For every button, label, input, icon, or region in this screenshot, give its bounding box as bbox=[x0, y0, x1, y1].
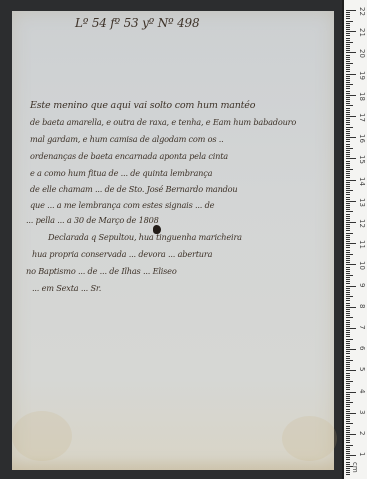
ruler-tick bbox=[346, 300, 350, 301]
ruler-tick bbox=[346, 362, 350, 363]
text-line-5: e a como hum fitua de ... de quinta lemb… bbox=[30, 168, 212, 178]
ruler-tick bbox=[346, 154, 350, 155]
ruler-tick bbox=[346, 451, 350, 452]
ruler-tick bbox=[346, 307, 356, 308]
ruler-tick bbox=[346, 358, 350, 359]
ruler-tick bbox=[346, 459, 350, 460]
ruler-tick bbox=[346, 349, 356, 350]
ruler-label: 18 bbox=[358, 92, 366, 101]
ruler-tick bbox=[346, 324, 350, 325]
ruler-tick bbox=[346, 440, 350, 441]
ruler-tick bbox=[346, 241, 350, 242]
ruler-tick bbox=[346, 364, 350, 365]
measurement-ruler: 22212019181716151413121110987654321 cm bbox=[342, 0, 367, 479]
ruler-label: 8 bbox=[358, 304, 366, 308]
ruler-label: 7 bbox=[358, 325, 366, 329]
text-line-7: que ... a me lembrança com estes signais… bbox=[30, 200, 214, 210]
ruler-tick bbox=[346, 16, 350, 17]
text-line-2: de baeta amarella, e outra de raxa, e te… bbox=[30, 117, 296, 127]
ruler-tick bbox=[346, 63, 353, 64]
ruler-tick bbox=[346, 78, 350, 79]
ruler-tick bbox=[346, 131, 350, 132]
ruler-tick bbox=[346, 296, 353, 297]
ruler-tick bbox=[346, 290, 350, 291]
ruler-tick bbox=[346, 199, 350, 200]
ruler-tick bbox=[346, 271, 350, 272]
ruler-tick bbox=[346, 235, 350, 236]
ruler-tick bbox=[346, 230, 350, 231]
ruler-tick bbox=[346, 277, 350, 278]
ruler-tick bbox=[346, 400, 350, 401]
ruler-tick bbox=[346, 69, 350, 70]
ruler-tick bbox=[346, 398, 350, 399]
ruler-tick bbox=[346, 184, 350, 185]
ruler-tick bbox=[346, 42, 353, 43]
ruler-tick bbox=[346, 35, 350, 36]
ruler-tick bbox=[346, 31, 356, 32]
ruler-tick bbox=[346, 305, 350, 306]
ruler-tick bbox=[346, 421, 350, 422]
ruler-tick bbox=[346, 250, 350, 251]
ruler-tick bbox=[346, 180, 356, 181]
ruler-tick bbox=[346, 207, 350, 208]
ruler-tick bbox=[346, 29, 350, 30]
ruler-tick bbox=[346, 214, 350, 215]
ruler-tick bbox=[346, 38, 350, 39]
ruler-tick bbox=[346, 375, 350, 376]
ruler-tick bbox=[346, 233, 353, 234]
ruler-tick bbox=[346, 457, 350, 458]
ruler-tick bbox=[346, 135, 350, 136]
ruler-tick bbox=[346, 182, 350, 183]
declaration-line-2: hua propria conservada ... devora ... ab… bbox=[32, 249, 212, 259]
ruler-tick bbox=[346, 472, 350, 473]
ruler-tick bbox=[346, 99, 350, 100]
ruler-label: 19 bbox=[358, 71, 366, 80]
ruler-tick bbox=[346, 148, 353, 149]
ruler-tick bbox=[346, 228, 350, 229]
ruler-tick bbox=[346, 368, 350, 369]
ruler-tick bbox=[346, 50, 350, 51]
ruler-tick bbox=[346, 110, 350, 111]
declaration-line-4: ... em Sexta ... Sr. bbox=[32, 283, 101, 293]
ruler-tick bbox=[346, 336, 350, 337]
ruler-tick bbox=[346, 156, 350, 157]
ruler-tick bbox=[346, 118, 350, 119]
ruler-label: 22 bbox=[358, 7, 366, 16]
ruler-tick bbox=[346, 152, 350, 153]
ruler-tick bbox=[346, 264, 356, 265]
ruler-tick bbox=[346, 343, 350, 344]
ruler-tick bbox=[346, 27, 350, 28]
ruler-tick bbox=[346, 292, 350, 293]
ruler-tick bbox=[346, 76, 350, 77]
ruler-tick bbox=[346, 345, 350, 346]
ruler-tick bbox=[346, 432, 350, 433]
ruler-tick bbox=[346, 453, 350, 454]
ruler-tick bbox=[346, 275, 353, 276]
reference-number: Lº 54 fº 53 yº Nº 498 bbox=[75, 16, 199, 30]
ruler-tick bbox=[346, 415, 350, 416]
ruler-tick bbox=[346, 82, 350, 83]
ruler-tick bbox=[346, 165, 350, 166]
ruler-tick bbox=[346, 52, 356, 53]
ruler-tick bbox=[346, 116, 356, 117]
ruler-label: 1 bbox=[358, 452, 366, 456]
ruler-tick bbox=[346, 455, 356, 456]
ruler-tick bbox=[346, 150, 350, 151]
ruler-tick bbox=[346, 462, 350, 463]
ruler-tick bbox=[346, 201, 356, 202]
ruler-tick bbox=[346, 447, 350, 448]
ruler-tick bbox=[346, 209, 350, 210]
text-line-8: ... pella ... a 30 de Março de 1808 bbox=[26, 215, 159, 225]
ruler-tick bbox=[346, 114, 350, 115]
ruler-tick bbox=[346, 21, 353, 22]
ruler-tick bbox=[346, 470, 350, 471]
ruler-tick bbox=[346, 55, 350, 56]
ruler-tick bbox=[346, 141, 350, 142]
ruler-tick bbox=[346, 430, 350, 431]
ruler-tick bbox=[346, 139, 350, 140]
ruler-tick bbox=[346, 254, 353, 255]
ruler-tick bbox=[346, 122, 350, 123]
ruler-tick bbox=[346, 394, 350, 395]
ruler-tick bbox=[346, 322, 350, 323]
ruler-tick bbox=[346, 124, 350, 125]
ruler-tick bbox=[346, 61, 350, 62]
ruler-tick bbox=[346, 112, 350, 113]
ruler-tick bbox=[346, 146, 350, 147]
ruler-tick bbox=[346, 74, 356, 75]
ruler-tick bbox=[346, 186, 350, 187]
ruler-tick bbox=[346, 360, 353, 361]
ruler-tick bbox=[346, 127, 353, 128]
ruler-tick bbox=[346, 137, 356, 138]
ruler-tick bbox=[346, 347, 350, 348]
ruler-tick bbox=[346, 385, 350, 386]
ruler-label: 17 bbox=[358, 113, 366, 122]
ruler-tick bbox=[346, 23, 350, 24]
ruler-tick bbox=[346, 392, 356, 393]
ruler-tick bbox=[346, 177, 350, 178]
ruler-tick bbox=[346, 169, 353, 170]
ruler-tick bbox=[346, 262, 350, 263]
ruler-tick bbox=[346, 14, 350, 15]
ruler-label: 4 bbox=[358, 389, 366, 393]
ruler-tick bbox=[346, 281, 350, 282]
paper-stain bbox=[12, 411, 72, 461]
ruler-label: 21 bbox=[358, 28, 366, 37]
ruler-label: 16 bbox=[358, 134, 366, 143]
ruler-tick bbox=[346, 40, 350, 41]
ruler-tick bbox=[346, 283, 350, 284]
ruler-tick bbox=[346, 188, 350, 189]
ruler-tick bbox=[346, 218, 350, 219]
ruler-tick bbox=[346, 404, 350, 405]
ruler-tick bbox=[346, 245, 350, 246]
ruler-tick bbox=[346, 339, 353, 340]
ruler-tick bbox=[346, 167, 350, 168]
ruler-tick bbox=[346, 161, 350, 162]
ruler-tick bbox=[346, 315, 350, 316]
ruler-tick bbox=[346, 224, 350, 225]
ruler-tick bbox=[346, 57, 350, 58]
ruler-tick bbox=[346, 190, 353, 191]
ruler-tick bbox=[346, 84, 353, 85]
ruler-tick bbox=[346, 269, 350, 270]
ruler-tick bbox=[346, 366, 350, 367]
ruler-unit: cm bbox=[351, 462, 359, 473]
ruler-tick bbox=[346, 243, 356, 244]
ruler-tick bbox=[346, 12, 350, 13]
ruler-tick bbox=[346, 311, 350, 312]
ruler-tick bbox=[346, 373, 350, 374]
ruler-tick bbox=[346, 341, 350, 342]
ruler-tick bbox=[346, 309, 350, 310]
ruler-tick bbox=[346, 173, 350, 174]
text-line-1: Este menino que aqui vai solto com hum m… bbox=[30, 100, 255, 111]
ruler-tick bbox=[346, 33, 350, 34]
ruler-tick bbox=[346, 387, 350, 388]
ruler-tick bbox=[346, 438, 350, 439]
ruler-tick bbox=[346, 256, 350, 257]
ruler-tick bbox=[346, 286, 356, 287]
ruler-tick bbox=[346, 258, 350, 259]
ruler-tick bbox=[346, 419, 350, 420]
ruler-tick bbox=[346, 428, 350, 429]
ruler-tick bbox=[346, 351, 350, 352]
ruler-tick bbox=[346, 86, 350, 87]
ruler-tick bbox=[346, 95, 356, 96]
ruler-tick bbox=[346, 48, 350, 49]
ruler-tick bbox=[346, 377, 350, 378]
ruler-label: 14 bbox=[358, 177, 366, 186]
ruler-tick bbox=[346, 226, 350, 227]
ruler-tick bbox=[346, 220, 350, 221]
ruler-tick bbox=[346, 129, 350, 130]
ruler-tick bbox=[346, 239, 350, 240]
ruler-label: 10 bbox=[358, 261, 366, 270]
ruler-tick bbox=[346, 383, 350, 384]
ruler-tick bbox=[346, 288, 350, 289]
ruler-tick bbox=[346, 402, 353, 403]
text-line-3: mal gardam, e hum camisa de algodam com … bbox=[30, 134, 224, 144]
ruler-tick bbox=[346, 445, 353, 446]
ruler-tick bbox=[346, 59, 350, 60]
ruler-tick bbox=[346, 474, 350, 475]
ruler-tick bbox=[346, 328, 356, 329]
ruler-tick bbox=[346, 449, 350, 450]
ruler-tick bbox=[346, 133, 350, 134]
ruler-tick bbox=[346, 411, 350, 412]
ruler-tick bbox=[346, 370, 356, 371]
ruler-tick bbox=[346, 197, 350, 198]
ruler-tick bbox=[346, 326, 350, 327]
ruler-tick bbox=[346, 389, 350, 390]
ruler-tick bbox=[346, 468, 350, 469]
ruler-tick bbox=[346, 194, 350, 195]
ruler-tick bbox=[346, 67, 350, 68]
ruler-tick bbox=[346, 409, 350, 410]
ruler-tick bbox=[346, 436, 350, 437]
ruler-tick bbox=[346, 18, 350, 19]
ruler-tick bbox=[346, 222, 356, 223]
ruler-label: 3 bbox=[358, 410, 366, 414]
ruler-tick bbox=[346, 65, 350, 66]
ruler-tick bbox=[346, 25, 350, 26]
ruler-tick bbox=[346, 330, 350, 331]
ruler-tick bbox=[346, 192, 350, 193]
ruler-tick bbox=[346, 417, 350, 418]
ruler-tick bbox=[346, 320, 350, 321]
ruler-label: 12 bbox=[358, 219, 366, 228]
ruler-tick bbox=[346, 252, 350, 253]
ruler-tick bbox=[346, 381, 353, 382]
declaration-line-3: no Baptismo ... de ... de Ilhas ... Elis… bbox=[26, 266, 177, 276]
ruler-label: 20 bbox=[358, 49, 366, 58]
ruler-tick bbox=[346, 205, 350, 206]
ruler-tick bbox=[346, 10, 356, 11]
ruler-tick bbox=[346, 396, 350, 397]
ruler-label: 6 bbox=[358, 346, 366, 350]
ruler-tick bbox=[346, 108, 350, 109]
ruler-tick bbox=[346, 203, 350, 204]
ruler-tick bbox=[346, 97, 350, 98]
ruler-tick bbox=[346, 171, 350, 172]
ruler-tick bbox=[346, 260, 350, 261]
ruler-tick bbox=[346, 158, 356, 159]
ruler-tick bbox=[346, 101, 350, 102]
ruler-tick bbox=[346, 313, 350, 314]
ruler-label: 11 bbox=[358, 240, 366, 249]
ruler-tick bbox=[346, 44, 350, 45]
ruler-label: 2 bbox=[358, 431, 366, 435]
ruler-tick bbox=[346, 434, 356, 435]
ruler-tick bbox=[346, 105, 353, 106]
ruler-label: 15 bbox=[358, 155, 366, 164]
ruler-label: 13 bbox=[358, 198, 366, 207]
ruler-tick bbox=[346, 423, 353, 424]
ruler-tick bbox=[346, 91, 350, 92]
ruler-tick bbox=[346, 356, 350, 357]
ruler-tick bbox=[346, 46, 350, 47]
ruler-tick bbox=[346, 211, 353, 212]
ruler-tick bbox=[346, 294, 350, 295]
ruler-tick bbox=[346, 71, 350, 72]
ruler-tick bbox=[346, 175, 350, 176]
text-line-4: ordenanças de baeta encarnada aponta pel… bbox=[30, 151, 228, 161]
ruler-label: 9 bbox=[358, 283, 366, 287]
ruler-tick bbox=[346, 144, 350, 145]
ruler-tick bbox=[346, 379, 350, 380]
ruler-tick bbox=[346, 80, 350, 81]
ruler-tick bbox=[346, 120, 350, 121]
ruler-tick bbox=[346, 442, 350, 443]
ruler-tick bbox=[346, 464, 350, 465]
ruler-tick bbox=[346, 267, 350, 268]
paper-stain bbox=[282, 416, 337, 461]
ruler-tick bbox=[346, 88, 350, 89]
ruler-tick bbox=[346, 426, 350, 427]
ruler-label: 5 bbox=[358, 367, 366, 371]
ruler-tick bbox=[346, 353, 350, 354]
ink-blot bbox=[153, 225, 161, 234]
ruler-tick bbox=[346, 334, 350, 335]
ruler-tick bbox=[346, 332, 350, 333]
ruler-tick bbox=[346, 237, 350, 238]
ruler-tick bbox=[346, 163, 350, 164]
ruler-tick bbox=[346, 279, 350, 280]
ruler-tick bbox=[346, 103, 350, 104]
ruler-tick bbox=[346, 413, 356, 414]
ruler-tick bbox=[346, 93, 350, 94]
ruler-tick bbox=[346, 406, 350, 407]
ruler-tick bbox=[346, 298, 350, 299]
ruler-tick bbox=[346, 247, 350, 248]
declaration-line-1: Declarada q Sepultou, hua tinguenha mari… bbox=[48, 232, 242, 242]
ruler-tick bbox=[346, 273, 350, 274]
text-line-6: de elle chamam ... de de Sto. José Berna… bbox=[30, 184, 238, 194]
ruler-tick bbox=[346, 216, 350, 217]
ruler-tick bbox=[346, 317, 353, 318]
ruler-tick bbox=[346, 303, 350, 304]
